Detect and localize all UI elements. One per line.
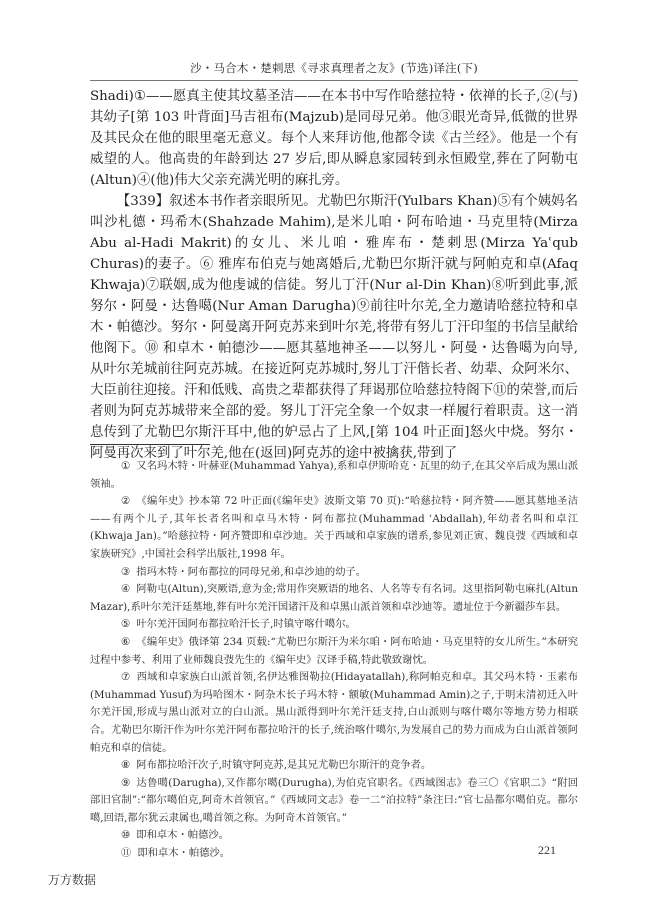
footnote: ⑩即和卓木・帕德沙。 xyxy=(90,827,578,845)
footnote-text: 西域和卓家族白山派首领,名伊达雅图勒拉(Hidayatallah),称阿帕克和卓… xyxy=(90,671,578,753)
footnote: ⑪即和卓木・帕德沙。 xyxy=(90,845,578,863)
header-divider xyxy=(90,80,578,81)
footnote-mark: ③ xyxy=(105,564,130,582)
footnote-text: 《编年史》抄本第 72 叶正面(《编年史》波斯文第 70 页):“哈慈拉特・阿齐… xyxy=(90,495,578,560)
footnote-text: 叶尔羌汗国阿布都拉哈汗长子,时镇守喀什噶尔。 xyxy=(136,618,356,630)
footnote-mark: ⑤ xyxy=(105,616,130,634)
footnote-mark: ④ xyxy=(105,581,130,599)
footnote-text: 指玛木特・阿布都拉的同母兄弟,和卓沙迪的幼子。 xyxy=(136,566,366,578)
footnote-mark: ⑦ xyxy=(105,669,130,687)
footnotes: ①又名玛木特・叶赫亚(Muhammad Yahya),系和卓伊斯哈克・瓦里的幼子… xyxy=(90,458,578,863)
footnote-mark: ⑥ xyxy=(105,634,130,652)
body-paragraph: 【339】叙述本书作者亲眼所见。尤勒巴尔斯汗(Yulbars Khan)⑤有个姨… xyxy=(90,191,578,464)
footnote-mark: ⑨ xyxy=(105,775,130,793)
footnote: ⑤叶尔羌汗国阿布都拉哈汗长子,时镇守喀什噶尔。 xyxy=(90,616,578,634)
footnote-mark: ⑧ xyxy=(105,757,130,775)
footnote-text: 《编年史》俄译第 234 页载:“尤勒巴尔斯汗为米尔咱・阿布哈迪・马克里特的女儿… xyxy=(90,636,578,666)
footnote-text: 达鲁噶(Darugha),又作都尔噶(Durugha),为伯克官职名。《西域图志… xyxy=(90,777,578,824)
main-text: Shadi)①——愿真主使其坟墓圣洁——在本书中写作哈慈拉特・依禅的长子,②(与… xyxy=(90,86,578,464)
footnote: ①又名玛木特・叶赫亚(Muhammad Yahya),系和卓伊斯哈克・瓦里的幼子… xyxy=(90,458,578,493)
footnote-mark: ⑩ xyxy=(105,827,130,845)
footnote-mark: ① xyxy=(105,458,130,476)
footnote: ②《编年史》抄本第 72 叶正面(《编年史》波斯文第 70 页):“哈慈拉特・阿… xyxy=(90,493,578,563)
footnote-text: 阿布都拉哈汗次子,时镇守阿克苏,是其兄尤勒巴尔斯汗的竞争者。 xyxy=(136,759,431,771)
footnote-mark: ⑪ xyxy=(105,845,131,863)
footnote: ③指玛木特・阿布都拉的同母兄弟,和卓沙迪的幼子。 xyxy=(90,564,578,582)
watermark: 万方数据 xyxy=(48,871,96,888)
footnote-text: 阿勒屯(Altun),突厥语,意为金;常用作突厥语的地名、人名等专有名词。这里指… xyxy=(90,583,578,613)
footnote: ④阿勒屯(Altun),突厥语,意为金;常用作突厥语的地名、人名等专有名词。这里… xyxy=(90,581,578,616)
body-paragraph: Shadi)①——愿真主使其坟墓圣洁——在本书中写作哈慈拉特・依禅的长子,②(与… xyxy=(90,86,578,191)
page-number: 221 xyxy=(538,843,556,858)
footnote: ⑦西域和卓家族白山派首领,名伊达雅图勒拉(Hidayatallah),称阿帕克和… xyxy=(90,669,578,757)
footnote-mark: ② xyxy=(105,493,130,511)
footnote-text: 又名玛木特・叶赫亚(Muhammad Yahya),系和卓伊斯哈克・瓦里的幼子,… xyxy=(90,460,578,490)
footnote-text: 即和卓木・帕德沙。 xyxy=(136,829,229,841)
footnote: ⑥《编年史》俄译第 234 页载:“尤勒巴尔斯汗为米尔咱・阿布哈迪・马克里特的女… xyxy=(90,634,578,669)
footnote: ⑧阿布都拉哈汗次子,时镇守阿克苏,是其兄尤勒巴尔斯汗的竞争者。 xyxy=(90,757,578,775)
footnote: ⑨达鲁噶(Darugha),又作都尔噶(Durugha),为伯克官职名。《西域图… xyxy=(90,775,578,828)
running-header: 沙・马合木・楚剌思《寻求真理者之友》(节选)译注(下) xyxy=(90,60,578,76)
footnote-text: 即和卓木・帕德沙。 xyxy=(137,847,230,859)
footnote-divider xyxy=(90,444,210,445)
